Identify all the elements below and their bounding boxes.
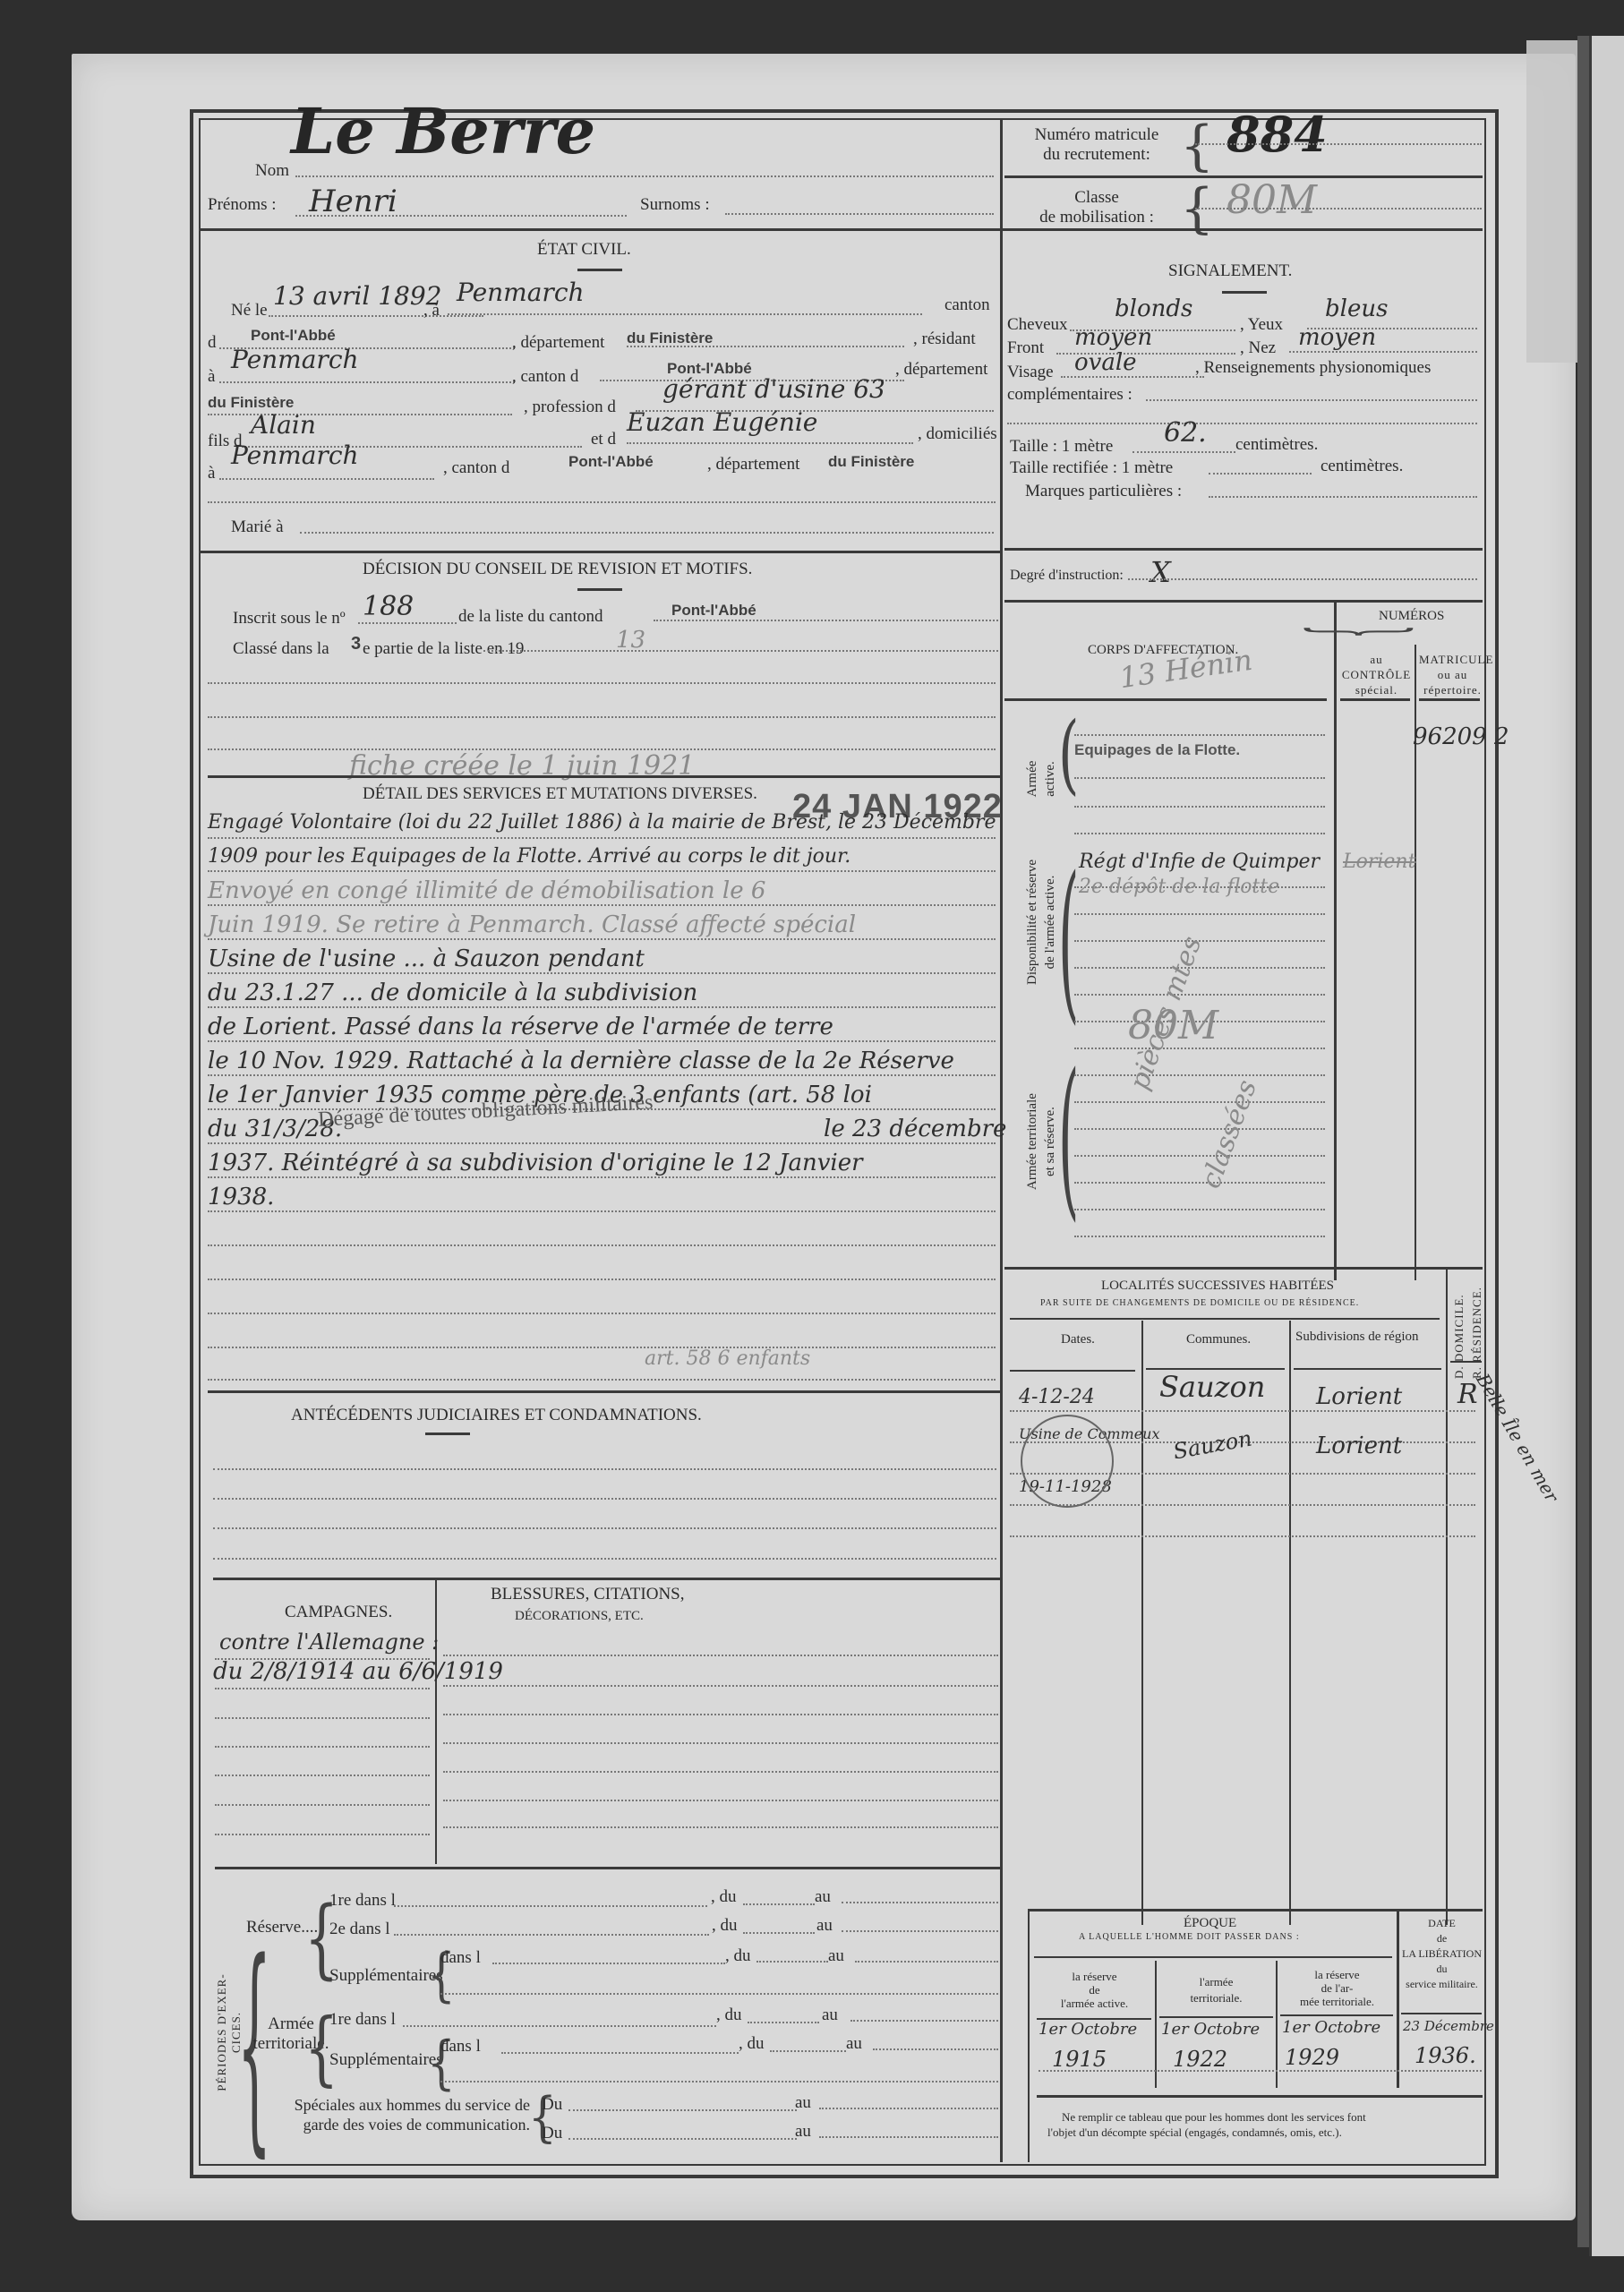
marques-line — [1209, 496, 1477, 498]
line — [501, 2052, 739, 2054]
rule — [1004, 548, 1483, 551]
line — [855, 1961, 998, 1963]
d-label: d — [208, 333, 217, 353]
canton-d-label: , canton d — [443, 458, 509, 478]
ne-le-label: Né le — [231, 301, 268, 321]
epoque-title: ÉPOQUE — [1184, 1916, 1236, 1931]
rule — [1340, 698, 1410, 701]
localite-date: 4-12-24 — [1019, 1386, 1095, 1408]
matricule-value: 884 — [1227, 106, 1328, 163]
line — [440, 1993, 998, 1995]
epoque-date: 1er Octobre — [1282, 2018, 1380, 2037]
corps-entry: 2e dépôt de la flotte — [1079, 876, 1279, 898]
line — [1289, 351, 1477, 353]
service-line: 1937. Réintégré à sa subdivision d'origi… — [208, 1150, 863, 1176]
cheveux-label: Cheveux — [1007, 315, 1068, 335]
au-label: au — [816, 1916, 833, 1936]
reserve-row-2: 2e dans l — [329, 1920, 390, 1939]
complementaires-label: complémentaires : — [1007, 385, 1133, 405]
campagne-line: contre l'Allemagne : — [219, 1629, 439, 1655]
line — [448, 313, 922, 315]
rule — [1159, 2016, 1273, 2018]
epoque-year: 1922 — [1173, 2047, 1227, 2072]
residence-value: Penmarch — [231, 345, 359, 374]
rule — [1004, 1267, 1483, 1270]
column-divider — [435, 1578, 437, 1864]
parents-canton: Pont-l'Abbé — [568, 453, 654, 471]
visage-label: Visage — [1007, 363, 1054, 382]
localite-subdivision: Lorient — [1316, 1383, 1402, 1410]
birthplace-value: Penmarch — [457, 278, 585, 307]
partie-value: 3 — [351, 634, 361, 654]
decision-title: DÉCISION DU CONSEIL DE REVISION ET MOTIF… — [363, 560, 752, 579]
marie-line — [300, 532, 994, 534]
taille-rectifiee-label: Taille rectifiée : 1 mètre — [1010, 458, 1173, 478]
au-label: au — [795, 2122, 811, 2142]
nez-label: , Nez — [1240, 338, 1276, 358]
rule — [1419, 698, 1480, 701]
marques-label: Marques particulières : — [1025, 482, 1182, 501]
departement-label: , département — [512, 333, 604, 353]
brace-icon: { — [1180, 115, 1214, 177]
inscrit-label: Inscrit sous le nº — [233, 609, 346, 629]
ne-le-value: 13 avril 1892 — [273, 281, 442, 311]
rule — [1280, 2014, 1393, 2016]
au-label: au — [828, 1946, 844, 1966]
disponibilite-label: Disponibilité et réserve de l'armée acti… — [1023, 824, 1059, 1021]
corps-struck: Lorient — [1343, 851, 1415, 873]
line — [743, 1903, 815, 1905]
column-divider — [1334, 600, 1337, 1280]
line — [568, 2138, 797, 2140]
numeros-title: NUMÉROS — [1379, 609, 1444, 624]
line — [819, 2108, 998, 2109]
departement-value: du Finistère — [627, 329, 713, 347]
rule — [1010, 1370, 1135, 1372]
line — [394, 1905, 707, 1907]
campagne-line: du 2/8/1914 au 6/6/1919 — [213, 1658, 503, 1685]
reserve-row-1: 1re dans l — [329, 1891, 396, 1911]
title-underline — [577, 588, 622, 591]
epoque-year: 1915 — [1052, 2047, 1107, 2072]
service-line: du 23.1.27 ... de domicile à la subdivis… — [208, 979, 697, 1006]
matricule-header: MATRICULE ou au répertoire. — [1419, 652, 1486, 697]
prenoms-value: Henri — [309, 184, 397, 219]
rule — [208, 775, 1000, 778]
rule — [1450, 1361, 1482, 1363]
du-cap-label: Du — [542, 2124, 562, 2143]
line — [483, 650, 998, 652]
visage-value: ovale — [1074, 349, 1137, 376]
epoque-subtitle: A LAQUELLE L'HOMME DOIT PASSER DANS : — [1079, 1932, 1300, 1942]
controle-header: au CONTRÔLE spécial. — [1338, 652, 1415, 697]
title-underline — [1222, 291, 1267, 294]
line — [850, 2020, 998, 2022]
line — [842, 1902, 998, 1903]
line — [213, 1558, 996, 1560]
line — [1007, 423, 1477, 424]
localite-subdivision: Lorient — [1316, 1432, 1402, 1459]
service-line: Usine de l'usine ... à Sauzon pendant — [208, 945, 645, 972]
brace-icon: } — [1291, 626, 1425, 638]
canton-value: Pont-l'Abbé — [251, 327, 336, 345]
profession-label: , profession d — [524, 398, 616, 417]
surnoms-line — [725, 213, 994, 215]
mother-value: Euzan Eugénie — [627, 407, 817, 437]
line — [219, 381, 515, 383]
centimetres-label: centimètres. — [1321, 457, 1403, 476]
dans-l-label: dans l — [440, 2037, 481, 2057]
localites-title: LOCALITÉS SUCCESSIVES HABITÉES — [1101, 1279, 1334, 1294]
line — [208, 716, 996, 718]
rule — [215, 1867, 1003, 1869]
epoque-date: 1er Octobre — [1039, 2020, 1137, 2039]
column-divider — [1446, 1267, 1448, 1925]
col-subdivisions: Subdivisions de région — [1295, 1330, 1419, 1345]
du-cap-label: Du — [542, 2095, 562, 2115]
prenoms-label: Prénoms : — [208, 195, 277, 215]
nez-value: moyen — [1298, 324, 1376, 351]
supplementaires-label: Supplémentaires — [329, 1966, 443, 1986]
centimetres-label: centimètres. — [1235, 435, 1318, 455]
col-dates: Dates. — [1061, 1332, 1095, 1347]
line — [770, 2050, 846, 2052]
line — [748, 2022, 819, 2023]
departement-label: , département — [707, 455, 799, 475]
epoque-col-header: la réserve de l'ar- mée territoriale. — [1278, 1968, 1397, 2008]
prenoms-line — [295, 215, 627, 217]
blessures-subtitle: DÉCORATIONS, ETC. — [515, 1609, 644, 1624]
armee-active-label: Armée active. — [1023, 734, 1059, 824]
line — [819, 2136, 998, 2138]
epoque-date: 1er Octobre — [1161, 2020, 1260, 2039]
degre-instruction-label: Degré d'instruction: — [1010, 568, 1124, 584]
line — [1128, 578, 1477, 580]
territoriale-row-1: 1re dans l — [329, 2010, 396, 2030]
liberation-year: 1936. — [1415, 2043, 1476, 2068]
yeux-label: , Yeux — [1240, 315, 1283, 335]
degre-instruction-value: X — [1150, 555, 1171, 589]
matricule-label: Numéro matriculedu recrutement: — [1012, 125, 1182, 165]
line — [654, 620, 998, 621]
rule — [208, 1390, 1000, 1393]
nom-label: Nom — [255, 161, 289, 181]
classe-value: 80M — [1227, 177, 1317, 223]
au-label: au — [815, 1887, 831, 1907]
residence-departement: du Finistère — [208, 394, 294, 412]
brace-icon: ( — [1058, 842, 1079, 1042]
taille-label: Taille : 1 mètre — [1010, 437, 1113, 457]
front-value: moyen — [1074, 324, 1152, 351]
classe-label: Classede mobilisation : — [1012, 188, 1182, 227]
au-label: au — [846, 2034, 862, 2054]
line — [213, 1498, 996, 1500]
father-value: Alain — [251, 410, 316, 440]
residant-label: , résidant — [913, 329, 976, 349]
canton-label: canton — [944, 295, 990, 315]
col-dr: D. DOMICILE. R. RÉSIDENCE. — [1450, 1287, 1486, 1379]
territoriale-label: Armée territoriale et sa réserve. — [1023, 1052, 1059, 1231]
localites-subtitle: PAR SUITE DE CHANGEMENTS DE DOMICILE OU … — [1040, 1298, 1359, 1308]
binding-gutter — [1577, 36, 1590, 2247]
line — [756, 1961, 828, 1963]
rule — [199, 228, 1483, 231]
parents-departement: du Finistère — [828, 453, 914, 471]
du-label: , du — [712, 1916, 738, 1936]
partie-label: e partie de la liste en 19 — [363, 639, 524, 659]
line — [627, 442, 913, 444]
localite-commune: Sauzon — [1159, 1370, 1265, 1404]
classe-line — [1195, 208, 1482, 210]
degage-date: le 23 décembre — [824, 1116, 1006, 1142]
line — [743, 1932, 815, 1934]
line — [492, 1963, 725, 1964]
line — [213, 1527, 996, 1529]
rule — [1034, 1956, 1392, 1958]
col-communes: Communes. — [1186, 1332, 1251, 1347]
title-underline — [577, 269, 622, 271]
parents-residence: Penmarch — [231, 440, 359, 470]
du-label: , du — [739, 2034, 765, 2054]
antecedents-title: ANTÉCÉDENTS JUDICIAIRES ET CONDAMNATIONS… — [291, 1406, 702, 1425]
rule — [1004, 698, 1327, 701]
line — [208, 501, 996, 503]
postmark-stamp — [1021, 1415, 1114, 1508]
line — [568, 2109, 797, 2111]
services-title: DÉTAIL DES SERVICES ET MUTATIONS DIVERSE… — [363, 784, 757, 804]
title-underline — [425, 1432, 470, 1435]
liberation-date: 23 Décembre — [1403, 2018, 1494, 2034]
du-label: , du — [711, 1887, 737, 1907]
line — [213, 1468, 996, 1470]
line — [269, 315, 483, 317]
signalement-title: SIGNALEMENT. — [1168, 261, 1292, 281]
line — [627, 346, 904, 347]
liste-label: de la liste du cantond — [458, 607, 603, 627]
du-label: , du — [716, 2005, 742, 2025]
domicilies-label: , domiciliés — [918, 424, 997, 444]
line — [440, 2081, 998, 2082]
adjacent-page-edge — [1589, 36, 1624, 2256]
canton-d-label: , canton d — [512, 367, 578, 387]
line — [1146, 399, 1477, 401]
service-line: Engagé Volontaire (loi du 22 Juillet 188… — [208, 811, 996, 834]
line — [842, 1930, 998, 1932]
yeux-value: bleus — [1325, 295, 1388, 322]
column-divider — [1028, 1909, 1030, 2162]
line — [1133, 451, 1235, 453]
a-label: , à — [423, 301, 440, 321]
corps-entry: Régt d'Infie de Quimper — [1079, 851, 1320, 873]
matricule-repertoire: 96209 2 — [1413, 723, 1509, 750]
line — [394, 1934, 709, 1936]
etat-civil-title: ÉTAT CIVIL. — [537, 240, 631, 260]
rule — [1010, 1318, 1440, 1320]
departement-label: , département — [895, 360, 987, 380]
rule — [199, 551, 1000, 553]
profession-value: gérant d'usine 63 — [662, 374, 885, 404]
classe-label: Classé dans la — [233, 639, 329, 659]
liste-canton: Pont-l'Abbé — [671, 602, 756, 620]
rule — [1401, 2013, 1482, 2014]
au-label: au — [795, 2093, 811, 2113]
speciales-label: Spéciales aux hommes du service de garde… — [252, 2095, 530, 2134]
rule — [1004, 600, 1483, 603]
liberation-header: DATE de LA LIBÉRATION du service militai… — [1399, 1916, 1484, 1992]
a3-label: à — [208, 464, 215, 483]
rule — [213, 1578, 1001, 1580]
rule — [1294, 1368, 1441, 1370]
rule — [1037, 2095, 1483, 2098]
epoque-year: 1929 — [1285, 2045, 1339, 2070]
service-line: 1909 pour les Equipages de la Flotte. Ar… — [208, 845, 850, 868]
campagnes-title: CAMPAGNES. — [285, 1603, 392, 1622]
marie-label: Marié à — [231, 517, 284, 537]
epoque-col-header: l'armée territoriale. — [1157, 1974, 1276, 2006]
margin-note: art. 58 6 enfants — [645, 1347, 810, 1370]
surnoms-label: Surnoms : — [640, 195, 710, 215]
line — [208, 682, 996, 684]
line — [1209, 473, 1312, 475]
corps-entry: Equipages de la Flotte. — [1074, 741, 1240, 759]
service-line: 1938. — [208, 1184, 274, 1210]
rule — [1030, 1909, 1483, 1911]
blessures-title: BLESSURES, CITATIONS, — [491, 1585, 684, 1604]
front-label: Front — [1007, 338, 1044, 358]
service-line: Juin 1919. Se retire à Penmarch. Classé … — [208, 911, 856, 938]
dans-l-label: dans l — [440, 1948, 481, 1968]
line — [403, 2025, 716, 2027]
epoque-col-header: la réserve de l'armée active. — [1034, 1970, 1155, 2010]
a2-label: à — [208, 367, 215, 387]
service-line: de Lorient. Passé dans la réserve de l'a… — [208, 1013, 833, 1040]
service-line: le 10 Nov. 1929. Rattaché à la dernière … — [208, 1048, 954, 1074]
cheveux-value: blonds — [1115, 295, 1192, 322]
epoque-note: Ne remplir ce tableau que pour les homme… — [1047, 2109, 1366, 2140]
supplementaires-label: Supplémentaires — [329, 2050, 443, 2070]
service-line: Envoyé en congé illimité de démobilisati… — [208, 877, 765, 904]
line — [873, 2048, 998, 2050]
line — [1061, 376, 1204, 378]
renseignements-label: , Renseignements physionomiques — [1195, 358, 1431, 378]
nom-line — [295, 175, 994, 177]
matricule-line — [1195, 143, 1482, 145]
line — [358, 622, 457, 624]
nom-value: Le Berre — [291, 94, 595, 168]
line — [219, 478, 434, 480]
inscrit-value: 188 — [363, 591, 414, 622]
taille-value: 62. — [1164, 417, 1207, 449]
au-label: au — [822, 2005, 838, 2025]
et-d-label: et d — [591, 430, 616, 449]
line — [1039, 2070, 1482, 2072]
du-label: , du — [725, 1946, 751, 1966]
